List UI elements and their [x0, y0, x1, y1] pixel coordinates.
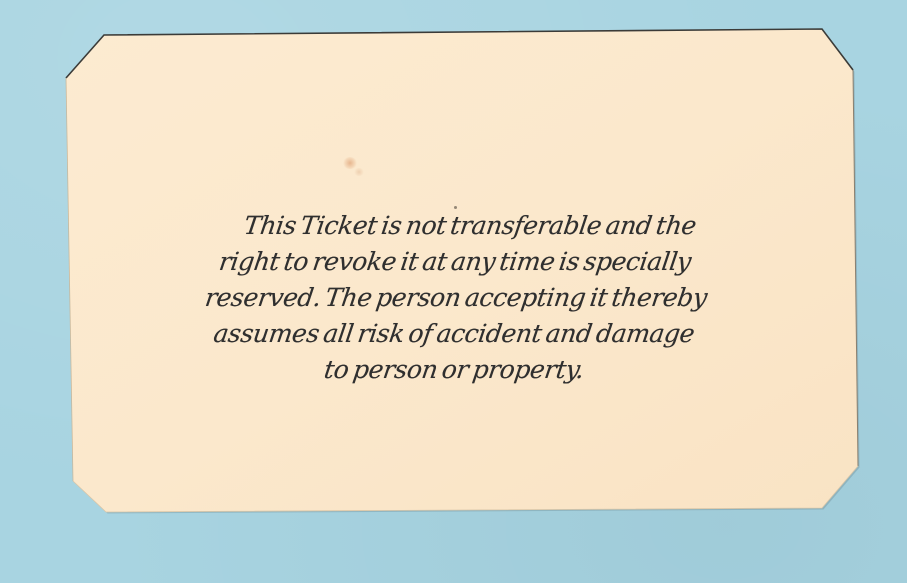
inscription-line: This Ticket is not transferable and the — [137, 208, 762, 244]
foxing-stain — [343, 157, 357, 169]
ticket-inscription: This Ticket is not transferable and the … — [140, 208, 760, 388]
inscription-line: to person or property. — [137, 352, 762, 388]
inscription-line: reserved. The person accepting it thereb… — [137, 280, 762, 316]
inscription-line: assumes all risk of accident and damage — [137, 316, 762, 352]
foxing-stain — [354, 168, 364, 176]
inscription-line: right to revoke it at any time is specia… — [137, 244, 762, 280]
